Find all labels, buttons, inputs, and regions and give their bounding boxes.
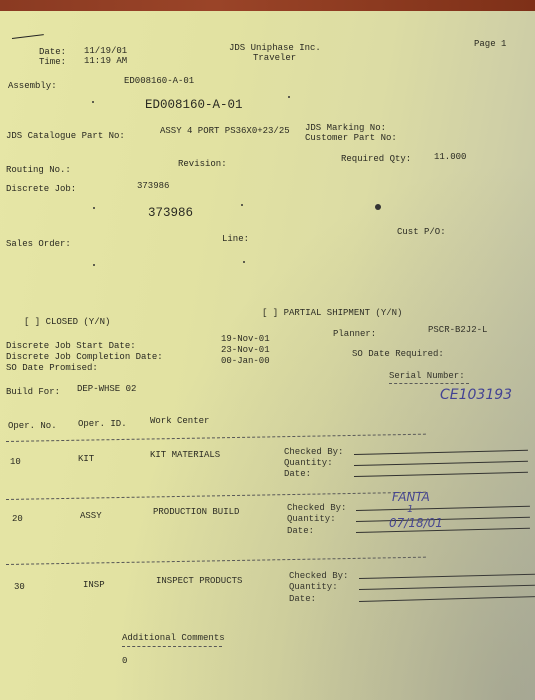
planner-label: Planner: — [333, 330, 376, 339]
barcode-marker — [92, 101, 94, 103]
required-qty-value: 11.000 — [434, 153, 466, 162]
start-date-value: 19-Nov-01 — [221, 335, 270, 344]
routing-no-label: Routing No.: — [6, 166, 71, 175]
row-10-date-field[interactable] — [354, 472, 528, 477]
marking-no-label: JDS Marking No: — [305, 124, 386, 133]
col-oper-id: Oper. ID. — [78, 420, 127, 429]
planner-value: PSCR-B2J2-L — [428, 326, 487, 335]
company-name: JDS Uniphase Inc. — [229, 44, 321, 53]
row-20-checked-by-handwritten: FANTA — [392, 491, 430, 503]
comments-underline — [122, 646, 222, 647]
row-30-quantity-field[interactable] — [359, 585, 535, 590]
line-label: Line: — [222, 235, 249, 244]
row-10-work-center: KIT MATERIALS — [150, 451, 220, 460]
completion-date-label: Discrete Job Completion Date: — [6, 353, 163, 362]
date-label: Date: — [39, 48, 66, 57]
row-20-work-center: PRODUCTION BUILD — [153, 508, 239, 517]
barcode-marker — [243, 261, 245, 263]
revision-label: Revision: — [178, 160, 227, 169]
row-10-checked-by-label: Checked By: — [284, 448, 343, 457]
required-qty-label: Required Qty: — [341, 155, 411, 164]
row-20-date-handwritten: 07/18/01 — [389, 517, 443, 529]
sales-order-label: Sales Order: — [6, 240, 71, 249]
row-30-work-center: INSPECT PRODUCTS — [156, 577, 242, 586]
barcode-marker — [93, 207, 95, 209]
row-10-oper-id: KIT — [78, 455, 94, 464]
additional-comments-label: Additional Comments — [122, 634, 225, 643]
row-30-checked-by-label: Checked By: — [289, 572, 348, 581]
row-10-quantity-field[interactable] — [354, 461, 528, 466]
barcode-marker — [93, 264, 95, 266]
row-20-quantity-label: Quantity: — [287, 515, 336, 524]
row-20-checked-by-field[interactable] — [356, 506, 530, 511]
start-date-label: Discrete Job Start Date: — [6, 342, 136, 351]
assembly-barcode-text: ED008160-A-01 — [145, 99, 243, 112]
serial-number-label: Serial Number: — [389, 372, 465, 381]
header-divider — [6, 434, 426, 442]
date-value: 11/19/01 — [84, 47, 127, 56]
row-30-quantity-label: Quantity: — [289, 583, 338, 592]
cust-po-label: Cust P/O: — [397, 228, 446, 237]
closed-checkbox[interactable]: [ ] CLOSED (Y/N) — [24, 318, 110, 327]
col-work-center: Work Center — [150, 417, 209, 426]
so-required-label: SO Date Required: — [352, 350, 444, 359]
row-10-checked-by-field[interactable] — [354, 450, 528, 455]
row-20-checked-by-label: Checked By: — [287, 504, 346, 513]
row-10-quantity-label: Quantity: — [284, 459, 333, 468]
row-divider — [6, 492, 426, 500]
time-value: 11:19 AM — [84, 57, 127, 66]
document-title: Traveler — [253, 54, 296, 63]
row-20-oper-no: 20 — [12, 515, 23, 524]
serial-underline — [389, 383, 469, 384]
row-30-checked-by-field[interactable] — [359, 574, 535, 579]
row-10-oper-no: 10 — [10, 458, 21, 467]
build-for-value: DEP-WHSE 02 — [77, 385, 136, 394]
barcode-marker — [288, 96, 290, 98]
row-30-date-field[interactable] — [359, 596, 535, 602]
partial-shipment-checkbox[interactable]: [ ] PARTIAL SHIPMENT (Y/N) — [262, 309, 402, 318]
row-30-oper-no: 30 — [14, 583, 25, 592]
ink-blot — [375, 204, 381, 210]
row-30-oper-id: INSP — [83, 581, 105, 590]
completion-date-value: 23-Nov-01 — [221, 346, 270, 355]
so-promised-label: SO Date Promised: — [6, 364, 98, 373]
row-20-date-label: Date: — [287, 527, 314, 536]
discrete-job-label: Discrete Job: — [6, 185, 76, 194]
row-30-date-label: Date: — [289, 595, 316, 604]
serial-number-handwritten: CE103193 — [440, 388, 512, 402]
assembly-value: ED008160-A-01 — [124, 77, 194, 86]
time-label: Time: — [39, 58, 66, 67]
page-number: Page 1 — [474, 40, 506, 49]
col-oper-no: Oper. No. — [8, 422, 57, 431]
customer-part-label: Customer Part No: — [305, 134, 397, 143]
traveler-document: Date: 11/19/01 Time: 11:19 AM JDS Unipha… — [0, 11, 535, 700]
row-20-oper-id: ASSY — [80, 512, 102, 521]
barcode-marker — [241, 204, 243, 206]
additional-comments-value: 0 — [122, 657, 127, 666]
catalogue-part-value: ASSY 4 PORT PS36X0+23/25 — [160, 127, 290, 136]
row-10-date-label: Date: — [284, 470, 311, 479]
row-20-date-field[interactable] — [356, 528, 530, 533]
row-20-quantity-handwritten: 1 — [407, 505, 413, 515]
build-for-label: Build For: — [6, 388, 60, 397]
so-promised-value: 00-Jan-00 — [221, 357, 270, 366]
job-barcode-text: 373986 — [148, 207, 193, 220]
row-divider — [6, 557, 426, 565]
row-20-quantity-field[interactable] — [356, 517, 530, 522]
pen-mark — [12, 34, 44, 39]
assembly-label: Assembly: — [8, 82, 57, 91]
discrete-job-value: 373986 — [137, 182, 169, 191]
catalogue-part-label: JDS Catalogue Part No: — [6, 132, 125, 141]
